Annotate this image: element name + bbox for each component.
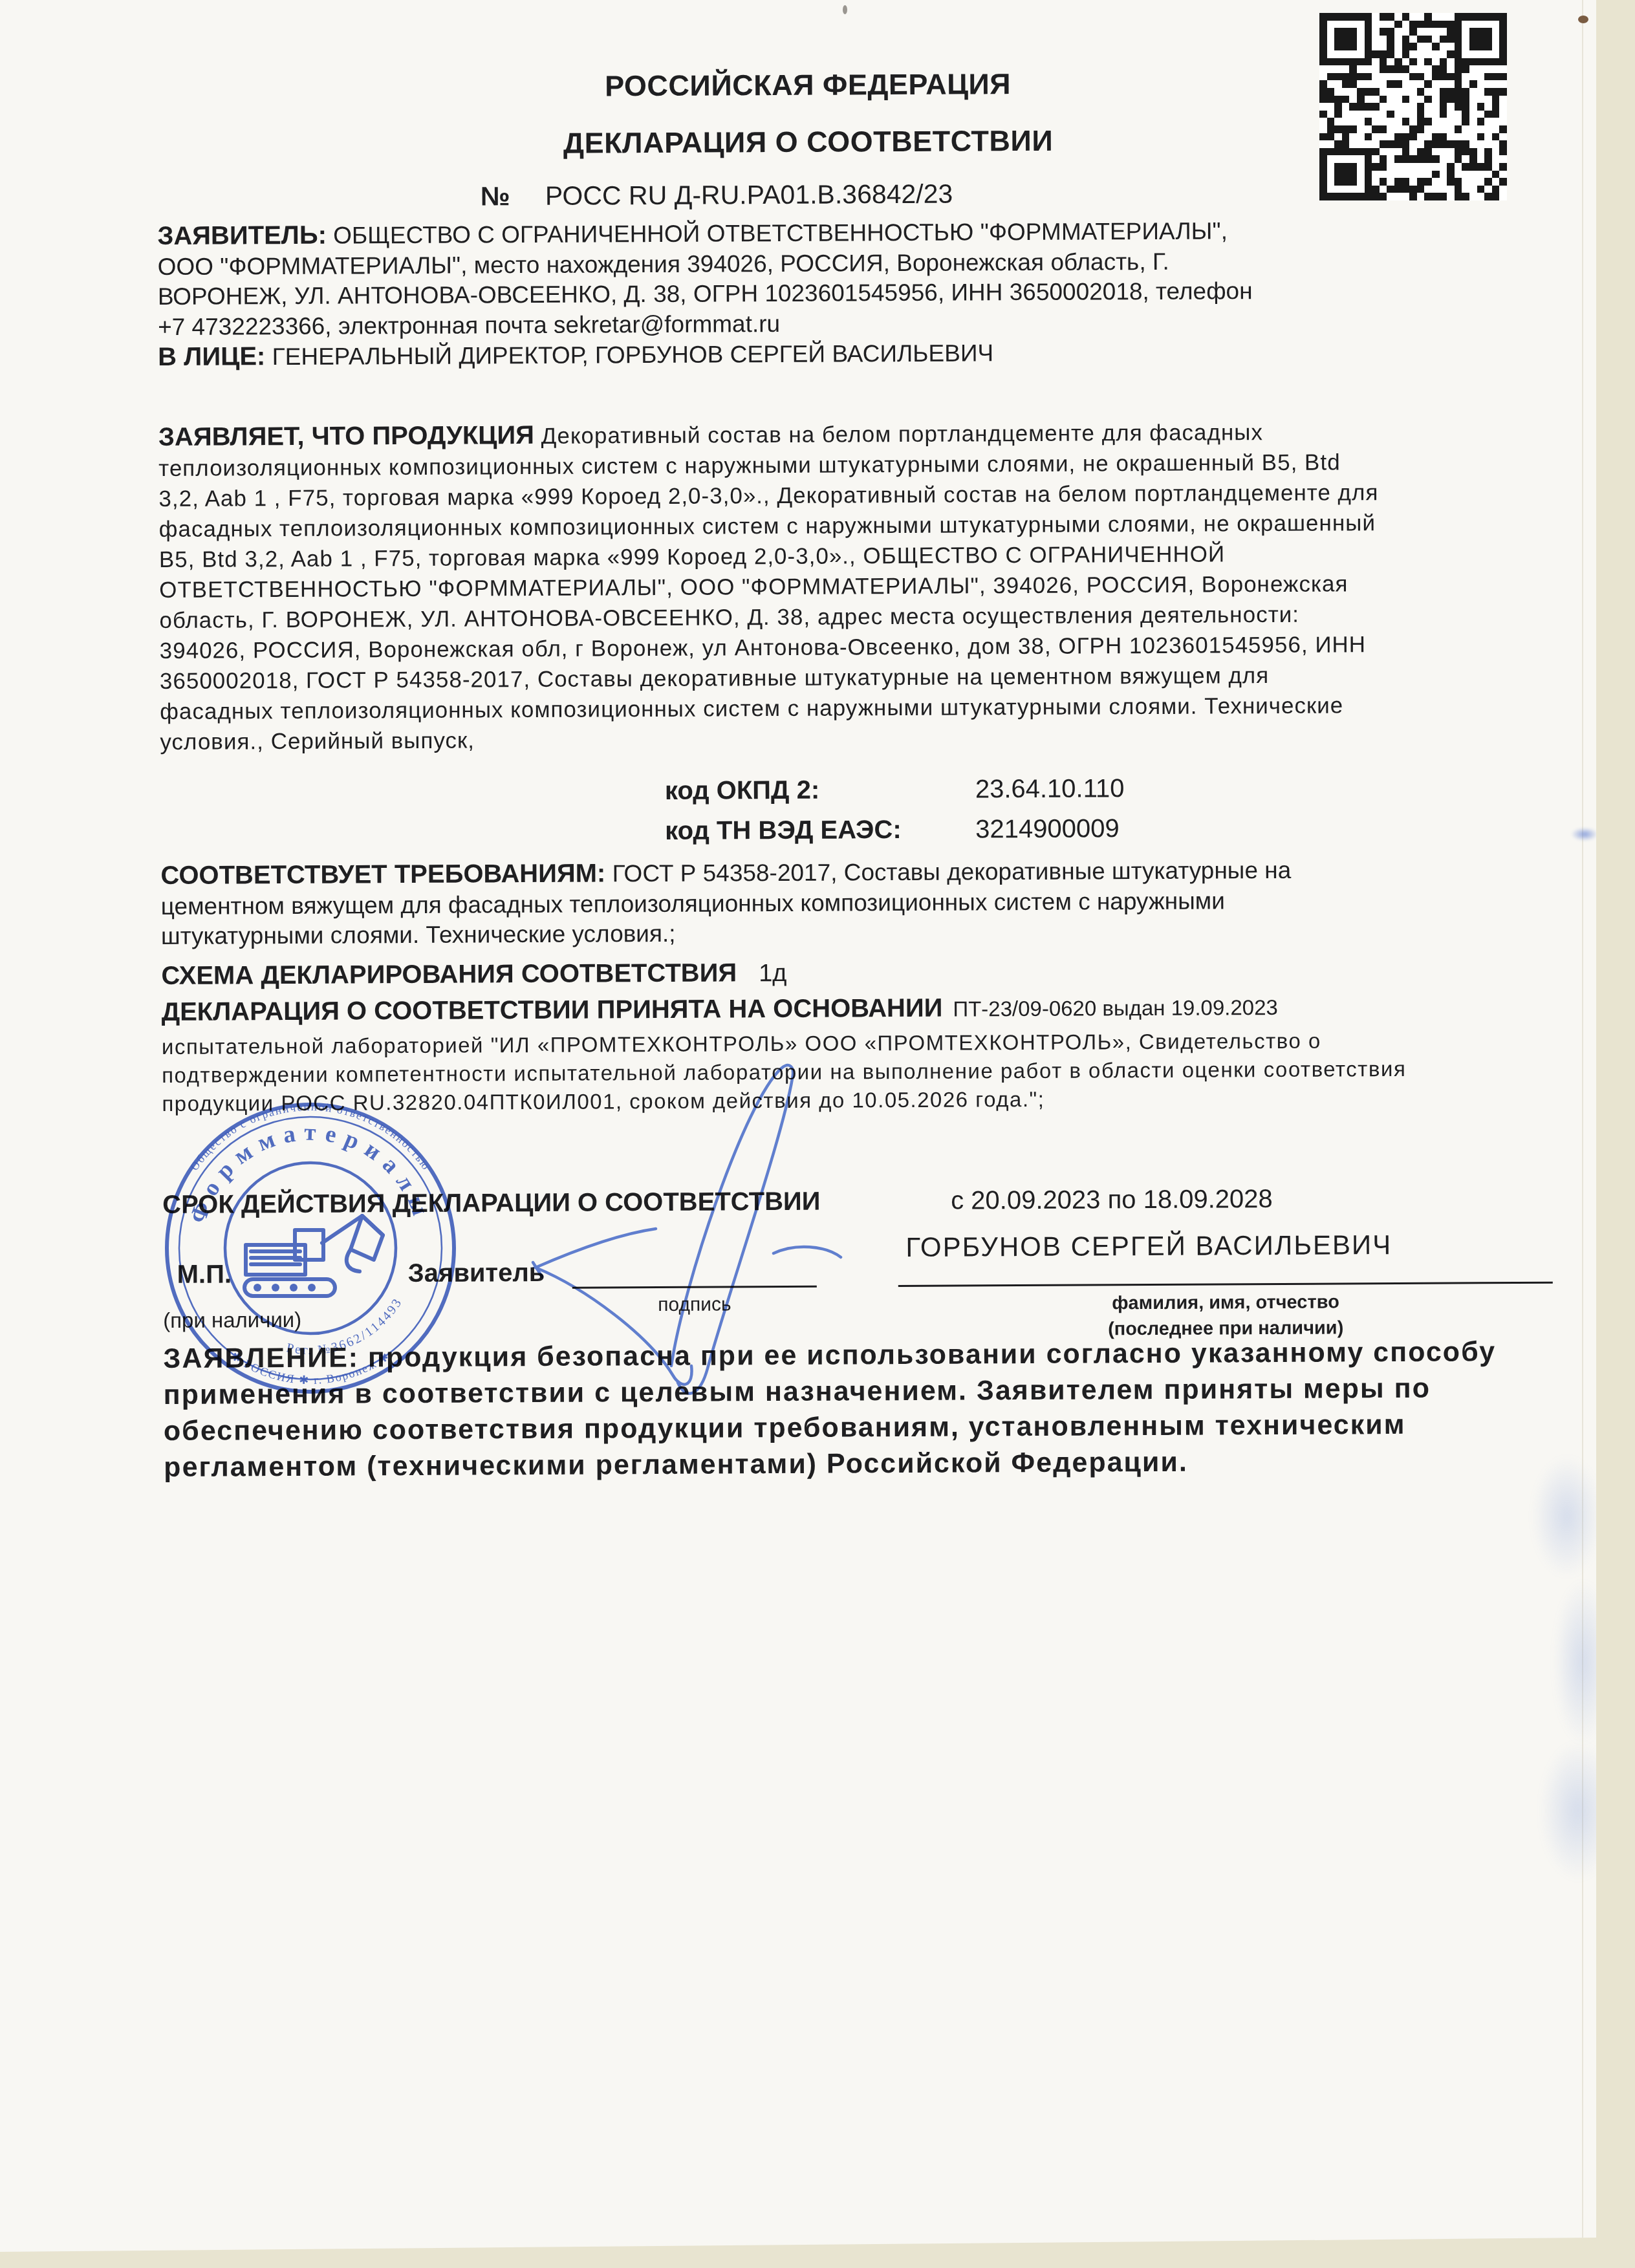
blue-mark [1572, 828, 1597, 841]
dust-speck [843, 5, 847, 14]
ink-speck [1578, 16, 1588, 23]
blue-smudge [1532, 1455, 1603, 1578]
blue-smudge [1554, 1578, 1612, 1746]
blue-smudge [1539, 1740, 1617, 1882]
handwritten-signature [0, 0, 1635, 2268]
scanned-declaration-page: { "header": { "country": "РОССИЙСКАЯ ФЕД… [0, 0, 1635, 2268]
document-paper: РОССИЙСКАЯ ФЕДЕРАЦИЯ ДЕКЛАРАЦИЯ О СООТВЕ… [0, 0, 1635, 2268]
